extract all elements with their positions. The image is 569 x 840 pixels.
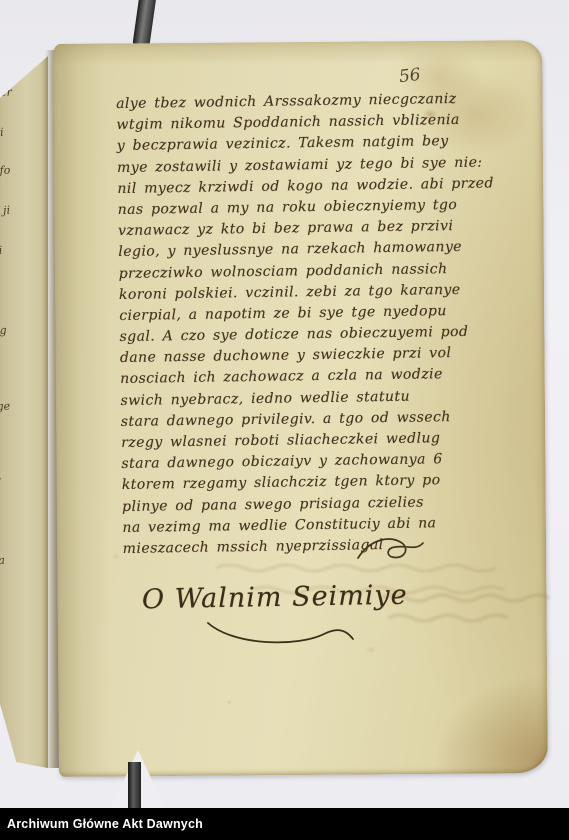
margin-text-fragment: E xyxy=(0,476,1,489)
margin-text-fragment: zi xyxy=(0,244,3,257)
facing-page-edge: ber bi ofo o ji zi i og a ige e E o ra y… xyxy=(0,56,48,768)
pen-flourish xyxy=(356,534,426,566)
margin-text-fragment: ber xyxy=(0,86,12,100)
book-cradle-rod-bottom xyxy=(128,762,141,812)
margin-text-fragment: ra xyxy=(0,554,5,568)
archive-caption-bar: Archiwum Główne Akt Dawnych xyxy=(0,808,569,840)
margin-text-fragment: bi xyxy=(0,126,4,140)
margin-text-fragment: ige xyxy=(0,400,10,414)
manuscript-text-block: alye tbez wodnich Arsssakozmy niecgczani… xyxy=(116,88,503,560)
margin-text-fragment: ofo xyxy=(0,164,11,178)
folio-number: 56 xyxy=(398,65,422,87)
section-heading: O Walnim Seimiye xyxy=(142,580,408,616)
heading-swash-flourish xyxy=(206,620,356,648)
scanned-document-photo: ber bi ofo o ji zi i og a ige e E o ra y… xyxy=(0,0,569,840)
archive-name-label: Archiwum Główne Akt Dawnych xyxy=(0,817,203,831)
book-cradle-rod-top xyxy=(132,0,156,47)
margin-text-fragment: o ji xyxy=(0,204,10,218)
margin-text-fragment: og xyxy=(0,324,7,338)
